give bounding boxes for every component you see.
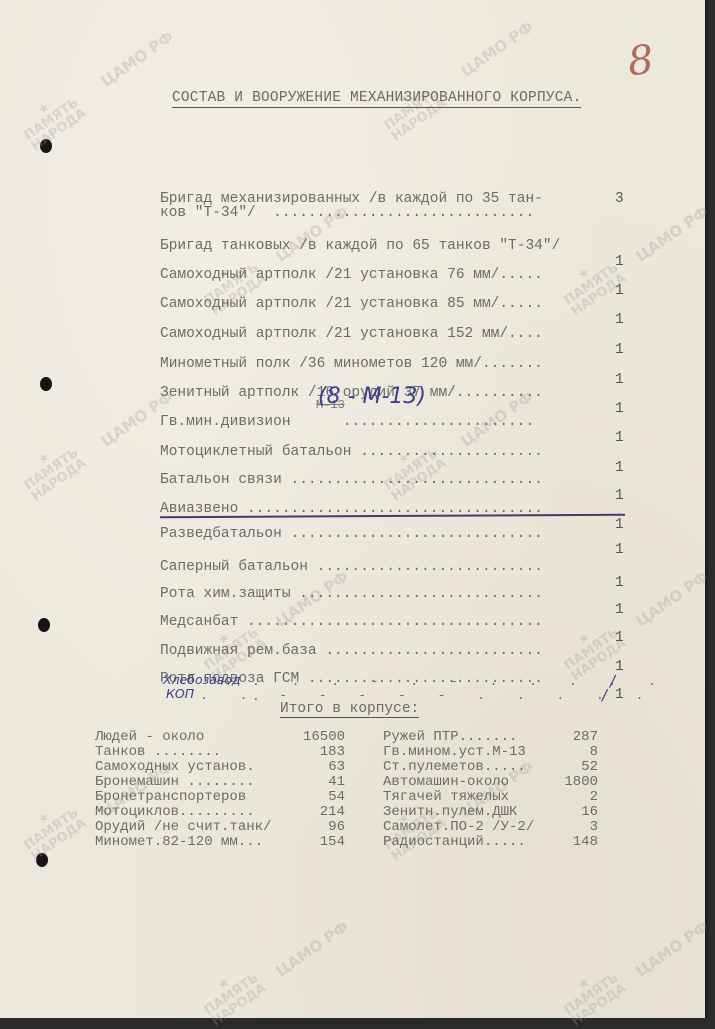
punch-hole — [38, 618, 50, 632]
totals-label: Ружей ПТР....... — [383, 729, 517, 745]
watermark-archive: ЦАМО РФ — [632, 917, 711, 980]
handwritten-row-count: / — [602, 686, 607, 704]
totals-label: Самоходных установ. — [95, 759, 255, 775]
totals-row: Гв.мином.уст.М-138 — [383, 745, 598, 760]
totals-label: Автомашин-около — [383, 774, 509, 790]
totals-row: Ружей ПТР.......287 — [383, 730, 598, 745]
totals-label: Танков ........ — [95, 744, 221, 760]
totals-left-column: Людей - около16500 Танков ........183 Са… — [95, 730, 350, 850]
totals-row: Миномет.82-120 мм...154 — [95, 835, 350, 850]
totals-row: Ст.пулеметов.....52 — [383, 760, 598, 775]
totals-value: 63 — [328, 760, 345, 775]
totals-row: Бронемашин ........41 — [95, 775, 350, 790]
totals-label: Миномет.82-120 мм... — [95, 834, 263, 850]
punch-hole — [40, 139, 52, 153]
totals-row: Зенитн.пулем.ДШК16 — [383, 805, 598, 820]
totals-label: Мотоциклов......... — [95, 804, 255, 820]
handwritten-annotation: (8 - M-13) — [318, 384, 426, 409]
totals-value: 1800 — [564, 775, 598, 790]
totals-row: Бронетранспортеров54 — [95, 790, 350, 805]
watermark-archive: ЦАМО РФ — [632, 567, 711, 630]
totals-row: Самоходных установ.63 — [95, 760, 350, 775]
handwritten-row-label: КОП — [166, 686, 194, 701]
totals-row: Тягачей тяжелых2 — [383, 790, 598, 805]
watermark-project: ★ПАМЯТЬНАРОДА — [555, 960, 629, 1024]
totals-value: 214 — [320, 805, 345, 820]
totals-label: Орудий /не счит.танк/ — [95, 819, 271, 835]
handwritten-row-label: Хлебозавод — [163, 672, 241, 687]
totals-value: 183 — [320, 745, 345, 760]
watermark-project: ★ПАМЯТЬНАРОДА — [15, 795, 89, 863]
totals-label: Тягачей тяжелых — [383, 789, 509, 805]
totals-row: Мотоциклов.........214 — [95, 805, 350, 820]
totals-row: Танков ........183 — [95, 745, 350, 760]
totals-value: 54 — [328, 790, 345, 805]
watermark-archive: ЦАМО РФ — [457, 17, 536, 80]
totals-value: 154 — [320, 835, 345, 850]
watermark-archive: ЦАМО РФ — [97, 27, 176, 90]
totals-label: Радиостанций..... — [383, 834, 526, 850]
folio-number: 8 — [626, 37, 656, 85]
totals-label: Гв.мином.уст.М-13 — [383, 744, 526, 760]
totals-label: Людей - около — [95, 729, 204, 745]
totals-right-column: Ружей ПТР.......287 Гв.мином.уст.М-138 С… — [383, 730, 598, 850]
totals-value: 16500 — [303, 730, 345, 745]
totals-value: 52 — [581, 760, 598, 775]
watermark-project: ★ПАМЯТЬНАРОДА — [195, 960, 269, 1024]
totals-heading: Итого в корпусе: — [280, 701, 419, 718]
totals-row: Автомашин-около1800 — [383, 775, 598, 790]
totals-label: Зенитн.пулем.ДШК — [383, 804, 517, 820]
unit-row: Бригад механизированных /в каждой по 35 … — [160, 178, 630, 214]
unit-label: Разведбатальон .........................… — [160, 526, 543, 542]
totals-value: 2 — [590, 790, 598, 805]
watermark-archive: ЦАМО РФ — [632, 202, 711, 265]
totals-row: Орудий /не счит.танк/96 — [95, 820, 350, 835]
totals-value: 148 — [573, 835, 598, 850]
totals-value: 287 — [573, 730, 598, 745]
totals-value: 16 — [581, 805, 598, 820]
totals-value: 8 — [590, 745, 598, 760]
archive-document-page: ЦАМО РФ ЦАМО РФ ЦАМО РФ ЦАМО РФ ЦАМО РФ … — [0, 0, 708, 1018]
unit-count: 3 — [615, 192, 624, 206]
dotted-leader: . . - - - - - . . . . . — [200, 688, 655, 703]
totals-row: Радиостанций.....148 — [383, 835, 598, 850]
totals-value: 41 — [328, 775, 345, 790]
totals-row: Самолет.ПО-2 /У-2/3 — [383, 820, 598, 835]
totals-row: Людей - около16500 — [95, 730, 350, 745]
unit-label: Бригад механизированных /в каждой по 35 … — [160, 192, 543, 220]
watermark-archive: ЦАМО РФ — [272, 917, 351, 980]
punch-hole — [40, 377, 52, 391]
totals-value: 3 — [590, 820, 598, 835]
totals-label: Ст.пулеметов..... — [383, 759, 526, 775]
totals-value: 96 — [328, 820, 345, 835]
watermark-project: ★ПАМЯТЬНАРОДА — [375, 75, 449, 143]
punch-hole — [36, 853, 48, 867]
totals-label: Бронетранспортеров — [95, 789, 246, 805]
totals-label: Бронемашин ........ — [95, 774, 255, 790]
watermark-project: ★ПАМЯТЬНАРОДА — [15, 435, 89, 503]
totals-label: Самолет.ПО-2 /У-2/ — [383, 819, 534, 835]
document-title: СОСТАВ И ВООРУЖЕНИЕ МЕХАНИЗИРОВАННОГО КО… — [172, 90, 581, 108]
